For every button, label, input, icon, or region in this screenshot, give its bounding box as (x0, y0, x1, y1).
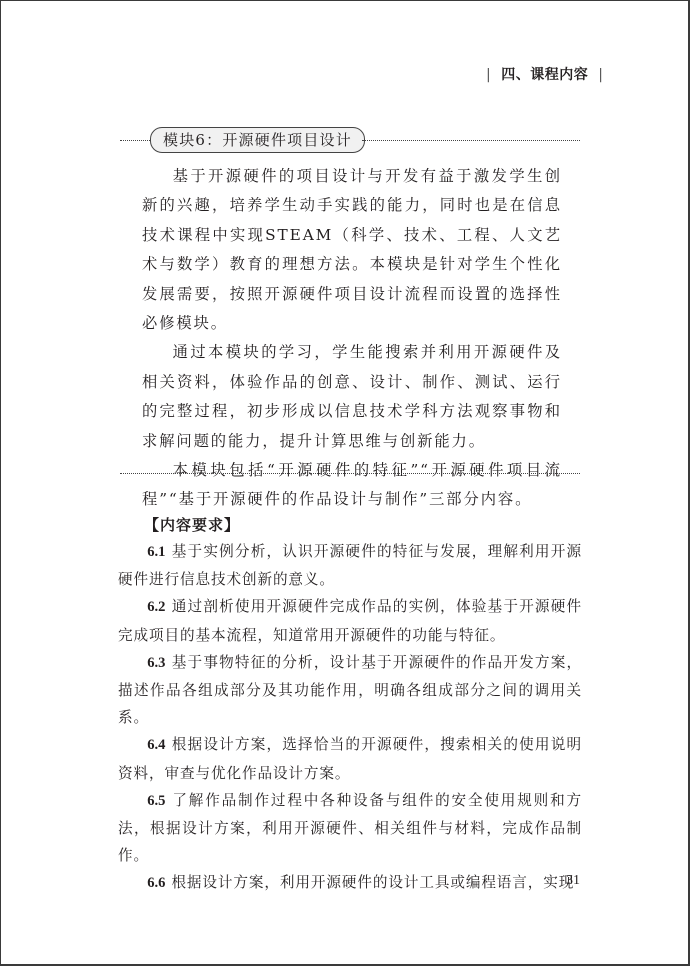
requirement-number: 6.1 (147, 544, 165, 560)
requirement-text: 通过剖析使用开源硬件完成作品的实例，体验基于开源硬件完成项目的基本流程，知道常用… (118, 598, 582, 643)
requirement-number: 6.2 (147, 599, 165, 615)
requirement-number: 6.6 (147, 875, 165, 891)
running-head-title: 四、课程内容 (501, 67, 588, 83)
intro-paragraph: 基于开源硬件的项目设计与开发有益于激发学生创新的兴趣，培养学生动手实践的能力，同… (142, 162, 562, 338)
requirements-list: 6.1基于实例分析，认识开源硬件的特征与发展，理解利用开源硬件进行信息技术创新的… (118, 538, 582, 898)
requirement-item: 6.4根据设计方案，选择恰当的开源硬件，搜索相关的使用说明资料，审查与优化作品设… (118, 731, 582, 786)
requirement-text: 根据设计方案，选择恰当的开源硬件，搜索相关的使用说明资料，审查与优化作品设计方案… (118, 736, 582, 781)
requirement-item: 6.2通过剖析使用开源硬件完成作品的实例，体验基于开源硬件完成项目的基本流程，知… (118, 593, 582, 648)
requirement-text: 根据设计方案，利用开源硬件的设计工具或编程语言，实现 (171, 874, 574, 891)
running-head-left-bar: | (486, 67, 491, 83)
intro-paragraph: 通过本模块的学习，学生能搜索并利用开源硬件及相关资料，体验作品的创意、设计、制作… (142, 338, 562, 456)
module-title: 模块6：开源硬件项目设计 (150, 127, 365, 153)
dotted-rule-bottom (120, 473, 580, 474)
requirement-text: 了解作品制作过程中各种设备与组件的安全使用规则和方法，根据设计方案，利用开源硬件… (118, 792, 582, 864)
dotted-rule-right (362, 140, 580, 141)
dotted-rule-left (120, 140, 150, 141)
requirement-item: 6.6根据设计方案，利用开源硬件的设计工具或编程语言，实现 (118, 869, 582, 897)
module-title-row: 模块6：开源硬件项目设计 (120, 127, 580, 155)
running-head-right-bar: | (598, 67, 603, 83)
requirement-item: 6.3基于事物特征的分析，设计基于开源硬件的作品开发方案，描述作品各组成部分及其… (118, 649, 582, 732)
requirement-item: 6.1基于实例分析，认识开源硬件的特征与发展，理解利用开源硬件进行信息技术创新的… (118, 538, 582, 593)
requirement-number: 6.3 (147, 655, 165, 671)
requirement-text: 基于实例分析，认识开源硬件的特征与发展，理解利用开源硬件进行信息技术创新的意义。 (118, 543, 582, 588)
page-number: 31 (566, 873, 580, 889)
requirement-number: 6.5 (147, 793, 165, 809)
requirement-item: 6.5了解作品制作过程中各种设备与组件的安全使用规则和方法，根据设计方案，利用开… (118, 787, 582, 870)
requirement-number: 6.4 (147, 737, 165, 753)
requirements-heading: 【内容要求】 (144, 514, 240, 535)
intro-paragraph: 本模块包括“开源硬件的特征”“开源硬件项目流程”“基于开源硬件的作品设计与制作”… (142, 456, 562, 515)
module-intro: 基于开源硬件的项目设计与开发有益于激发学生创新的兴趣，培养学生动手实践的能力，同… (142, 162, 562, 515)
running-head: |四、课程内容| (476, 64, 613, 84)
requirement-text: 基于事物特征的分析，设计基于开源硬件的作品开发方案，描述作品各组成部分及其功能作… (118, 654, 582, 726)
